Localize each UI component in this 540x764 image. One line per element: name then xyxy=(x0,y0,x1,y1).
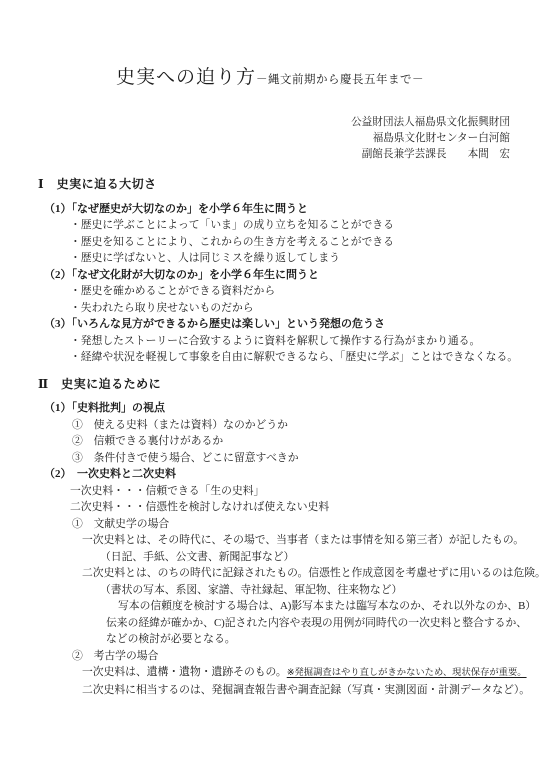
text-line: （日記、手紙、公文書、新聞記事など） xyxy=(0,549,540,566)
text-line-content: ・歴史に学ぶことによって「いま」の成り立ちを知ることができる xyxy=(70,219,394,231)
title-subtitle: －縄文前期から慶長五年まで－ xyxy=(256,74,424,86)
text-line-content: ・経緯や状況を軽視して事象を自由に解釈できるなら、「歴史に学ぶ」ことはできなくな… xyxy=(70,351,518,363)
text-line: 一次史料・・・信頼できる「生の史料」 xyxy=(0,483,540,500)
text-line-content: （3）「いろんな見方ができるから歴史は楽しい」という発想の危うさ xyxy=(44,318,385,330)
text-line-content: 一次史料は、遺構・遺物・遺跡そのもの。 xyxy=(82,666,287,678)
text-line: Ⅰ 史実に迫る大切さ xyxy=(0,176,540,193)
text-line: 二次史料に相当するのは、発掘調査報告書や調査記録（写真・実測図面・計測データなど… xyxy=(0,682,540,699)
text-line-content: ② 信頼できる裏付けがあるか xyxy=(72,435,223,447)
text-line: 二次史料・・・信憑性を検討しなければ使えない史料 xyxy=(0,499,540,516)
text-line-content: 二次史料・・・信憑性を検討しなければ使えない史料 xyxy=(70,501,329,513)
text-line-content: 一次史料・・・信頼できる「生の史料」 xyxy=(70,485,264,497)
author-line: 副館長兼学芸課長 本間 宏 xyxy=(0,147,510,163)
text-line: 一次史料は、遺構・遺物・遺跡そのもの。※発掘調査はやり直しがきかないため、現状保… xyxy=(0,664,540,682)
text-line: ・歴史に学ぶことによって「いま」の成り立ちを知ることができる xyxy=(0,217,540,234)
text-line-content: ③ 条件付きで使う場合、どこに留意すべきか xyxy=(72,452,299,464)
text-line-content: ② 考古学の場合 xyxy=(72,650,158,662)
text-line: （2）「なぜ文化財が大切なのか」を小学６年生に問うと xyxy=(0,267,540,284)
document-page: 史実への迫り方－縄文前期から慶長五年まで－ 公益財団法人福島県文化振興財団福島県… xyxy=(0,0,540,764)
title-main: 史実への迫り方 xyxy=(116,67,256,88)
author-line: 福島県文化財センター白河館 xyxy=(0,131,510,147)
text-line: （3）「いろんな見方ができるから歴史は楽しい」という発想の危うさ xyxy=(0,316,540,333)
text-line: ・発想したストーリーに合致するように資料を解釈して操作する行為がまかり通る。 xyxy=(0,333,540,350)
text-line-content: ・歴史を確かめることができる資料だから xyxy=(70,285,275,297)
text-line-content: などの検討が必要となる。 xyxy=(106,633,236,645)
text-line: 一次史料とは、その時代に、その場で、当事者（または事情を知る第三者）が記したもの… xyxy=(0,532,540,549)
text-line-content: 二次史料に相当するのは、発掘調査報告書や調査記録（写真・実測図面・計測データなど… xyxy=(82,684,530,696)
text-line: ① 使える史料（または資料）なのかどうか xyxy=(0,417,540,434)
text-line-content: ・失われたら取り戻せないものだから xyxy=(70,302,254,314)
document-body: Ⅰ 史実に迫る大切さ（1）「なぜ歴史が大切なのか」を小学６年生に問うと・歴史に学… xyxy=(0,176,540,698)
text-line: ③ 条件付きで使う場合、どこに留意すべきか xyxy=(0,450,540,467)
text-line: ・歴史を知ることにより、これからの生き方を考えることができる xyxy=(0,234,540,251)
text-line-content: Ⅱ 史実に迫るために xyxy=(38,377,161,391)
text-line: ② 考古学の場合 xyxy=(0,648,540,665)
text-line: （書状の写本、系図、家譜、寺社縁起、軍記物、往来物など） xyxy=(0,582,540,599)
text-line: （1）「史料批判」の視点 xyxy=(0,400,540,417)
text-line: ② 信頼できる裏付けがあるか xyxy=(0,433,540,450)
text-line: 写本の信頼度を検討する場合は、A)影写本または臨写本なのか、それ以外なのか、B） xyxy=(0,598,540,615)
text-line: Ⅱ 史実に迫るために xyxy=(0,376,540,393)
author-line: 公益財団法人福島県文化振興財団 xyxy=(0,115,510,131)
text-line-content: ① 使える史料（または資料）なのかどうか xyxy=(72,419,288,431)
text-line: ・失われたら取り戻せないものだから xyxy=(0,300,540,317)
text-line: （1）「なぜ歴史が大切なのか」を小学６年生に問うと xyxy=(0,201,540,218)
text-line: 二次史料とは、のちの時代に記録されたもの。信憑性と作成意図を考慮せずに用いるのは… xyxy=(0,565,540,582)
text-line-content: 伝来の経緯が確かか、C)記された内容や表現の用例が同時代の一次史料と整合するか、 xyxy=(106,617,527,629)
underlined-note: ※発掘調査はやり直しがきかないため、現状保存が重要。 xyxy=(287,668,527,678)
text-line-content: ① 文献史学の場合 xyxy=(72,518,169,530)
text-line-content: （書状の写本、系図、家譜、寺社縁起、軍記物、往来物など） xyxy=(100,584,402,596)
text-line-content: （2） 一次史料と二次史料 xyxy=(44,468,176,480)
text-line-content: （日記、手紙、公文書、新聞記事など） xyxy=(100,551,294,563)
text-line-content: Ⅰ 史実に迫る大切さ xyxy=(38,177,157,191)
text-line-content: （2）「なぜ文化財が大切なのか」を小学６年生に問うと xyxy=(44,269,319,281)
text-line: （2） 一次史料と二次史料 xyxy=(0,466,540,483)
text-line: ・歴史を確かめることができる資料だから xyxy=(0,283,540,300)
text-line-content: 写本の信頼度を検討する場合は、A)影写本または臨写本なのか、それ以外なのか、B） xyxy=(118,600,536,612)
text-line: ・経緯や状況を軽視して事象を自由に解釈できるなら、「歴史に学ぶ」ことはできなくな… xyxy=(0,349,540,366)
text-line-content: （1）「史料批判」の視点 xyxy=(44,402,165,414)
text-line-content: 一次史料とは、その時代に、その場で、当事者（または事情を知る第三者）が記したもの… xyxy=(82,534,524,546)
text-line-content: 二次史料とは、のちの時代に記録されたもの。信憑性と作成意図を考慮せずに用いるのは… xyxy=(82,567,540,579)
text-line: ① 文献史学の場合 xyxy=(0,516,540,533)
author-block: 公益財団法人福島県文化振興財団福島県文化財センター白河館副館長兼学芸課長 本間 … xyxy=(0,115,540,163)
text-line-content: ・歴史を知ることにより、これからの生き方を考えることができる xyxy=(70,236,394,248)
text-line-content: ・歴史に学ばないと、人は同じミスを繰り返してしまう xyxy=(70,252,340,264)
text-line-content: （1）「なぜ歴史が大切なのか」を小学６年生に問うと xyxy=(44,203,308,215)
text-line-content: ・発想したストーリーに合致するように資料を解釈して操作する行為がまかり通る。 xyxy=(70,335,480,347)
document-title: 史実への迫り方－縄文前期から慶長五年まで－ xyxy=(0,0,540,89)
text-line: ・歴史に学ばないと、人は同じミスを繰り返してしまう xyxy=(0,250,540,267)
text-line: 伝来の経緯が確かか、C)記された内容や表現の用例が同時代の一次史料と整合するか、 xyxy=(0,615,540,632)
text-line: などの検討が必要となる。 xyxy=(0,631,540,648)
